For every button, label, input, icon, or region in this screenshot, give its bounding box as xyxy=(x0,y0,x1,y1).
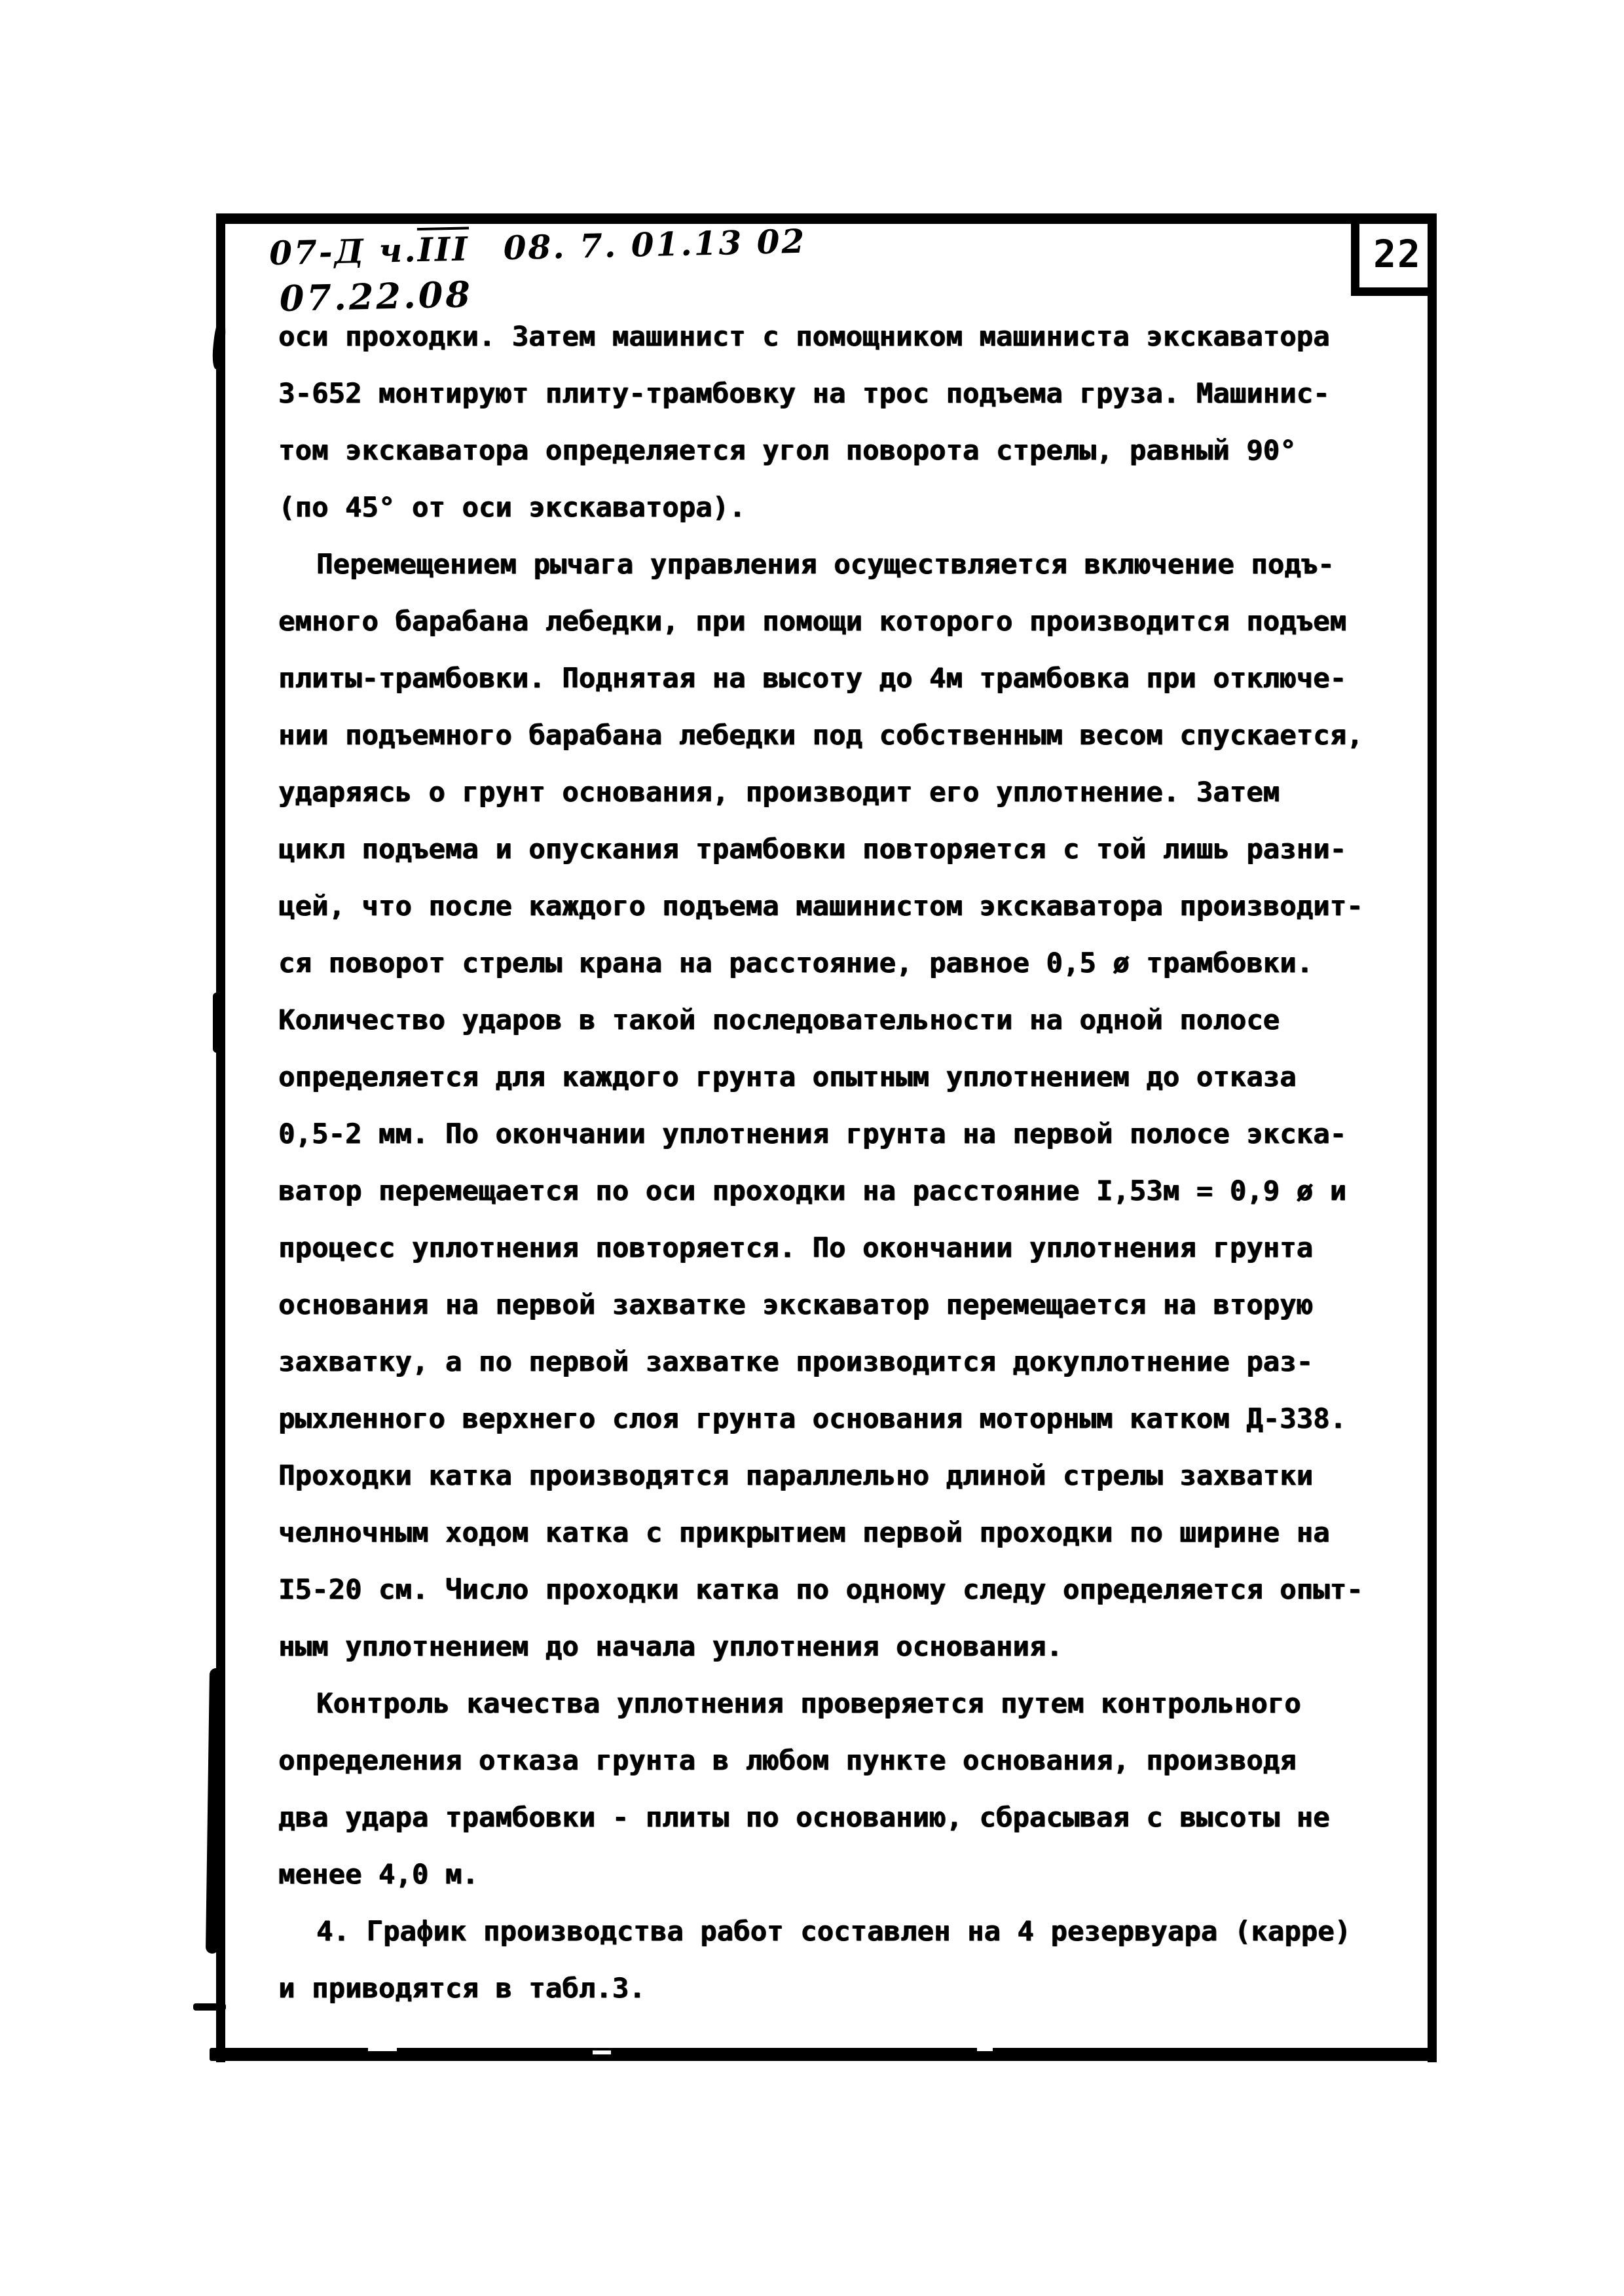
text-line: плиты-трамбовки. Поднятая на высоту до 4… xyxy=(278,649,1431,706)
text-line: Проходки катка производятся параллельно … xyxy=(278,1447,1431,1504)
text-line: Контроль качества уплотнения проверяется… xyxy=(278,1675,1431,1732)
doc-code-line1: 07-Д ч.III08. 7. 01.13 02 xyxy=(269,222,807,273)
ink-smudge xyxy=(213,993,222,1053)
text-line: ударяясь о грунт основания, производит е… xyxy=(278,763,1431,820)
text-line: I5-20 см. Число проходки катка по одному… xyxy=(278,1561,1431,1618)
text-line: процесс уплотнения повторяется. По оконч… xyxy=(278,1219,1431,1276)
doc-code-roman-numeral: III xyxy=(417,229,470,269)
frame-bottom-gap xyxy=(368,2047,397,2051)
text-line: Перемещением рычага управления осуществл… xyxy=(278,536,1431,592)
text-line: два удара трамбовки - плиты по основанию… xyxy=(278,1789,1431,1846)
text-line: ватор перемещается по оси проходки на ра… xyxy=(278,1162,1431,1219)
page-number-box: 22 xyxy=(1351,224,1428,296)
text-line: и приводятся в табл.3. xyxy=(278,1959,1431,2016)
text-line: определяется для каждого грунта опытным … xyxy=(278,1048,1431,1105)
doc-code: 07-Д ч.III08. 7. 01.13 02 07.22.08 xyxy=(269,222,808,320)
text-line: определения отказа грунта в любом пункте… xyxy=(278,1732,1431,1789)
text-line: оси проходки. Затем машинист с помощнико… xyxy=(278,308,1431,365)
text-line: З-652 монтируют плиту-трамбовку на трос … xyxy=(278,365,1431,422)
text-line: основания на первой захватке экскаватор … xyxy=(278,1276,1431,1333)
text-line: цей, что после каждого подъема машинисто… xyxy=(278,877,1431,934)
text-line: менее 4,0 м. xyxy=(278,1846,1431,1903)
text-line: цикл подъема и опускания трамбовки повто… xyxy=(278,820,1431,877)
text-line: рыхленного верхнего слоя грунта основани… xyxy=(278,1390,1431,1447)
frame-bottom-gap xyxy=(593,2050,611,2054)
text-line: нии подъемного барабана лебедки под собс… xyxy=(278,706,1431,763)
ink-smudge xyxy=(216,1231,225,1262)
text-line: ся поворот стрелы крана на расстояние, р… xyxy=(278,934,1431,991)
frame-bottom-gap xyxy=(977,2047,993,2051)
text-line: 4. График производства работ составлен н… xyxy=(278,1903,1431,1959)
text-line: челночным ходом катка с прикрытием перво… xyxy=(278,1504,1431,1561)
text-line: (по 45° от оси экскаватора). xyxy=(278,479,1431,536)
ink-smudge xyxy=(193,2003,226,2011)
doc-code-part2: 08. 7. 01.13 02 xyxy=(503,222,807,267)
text-line: Количество ударов в такой последовательн… xyxy=(278,991,1431,1048)
doc-code-part1: 07-Д ч. xyxy=(269,230,418,272)
body-text: оси проходки. Затем машинист с помощнико… xyxy=(278,308,1431,2016)
frame-top-border xyxy=(219,213,1437,224)
text-line: емного барабана лебедки, при помощи кото… xyxy=(278,592,1431,649)
text-line: 0,5-2 мм. По окончании уплотнения грунта… xyxy=(278,1105,1431,1162)
text-line: захватку, а по первой захватке производи… xyxy=(278,1333,1431,1390)
text-line: ным уплотнением до начала уплотнения осн… xyxy=(278,1618,1431,1675)
document-page: 22 07-Д ч.III08. 7. 01.13 02 07.22.08 ос… xyxy=(0,0,1624,2296)
text-line: том экскаватора определяется угол поворо… xyxy=(278,422,1431,479)
page-number: 22 xyxy=(1359,224,1428,287)
